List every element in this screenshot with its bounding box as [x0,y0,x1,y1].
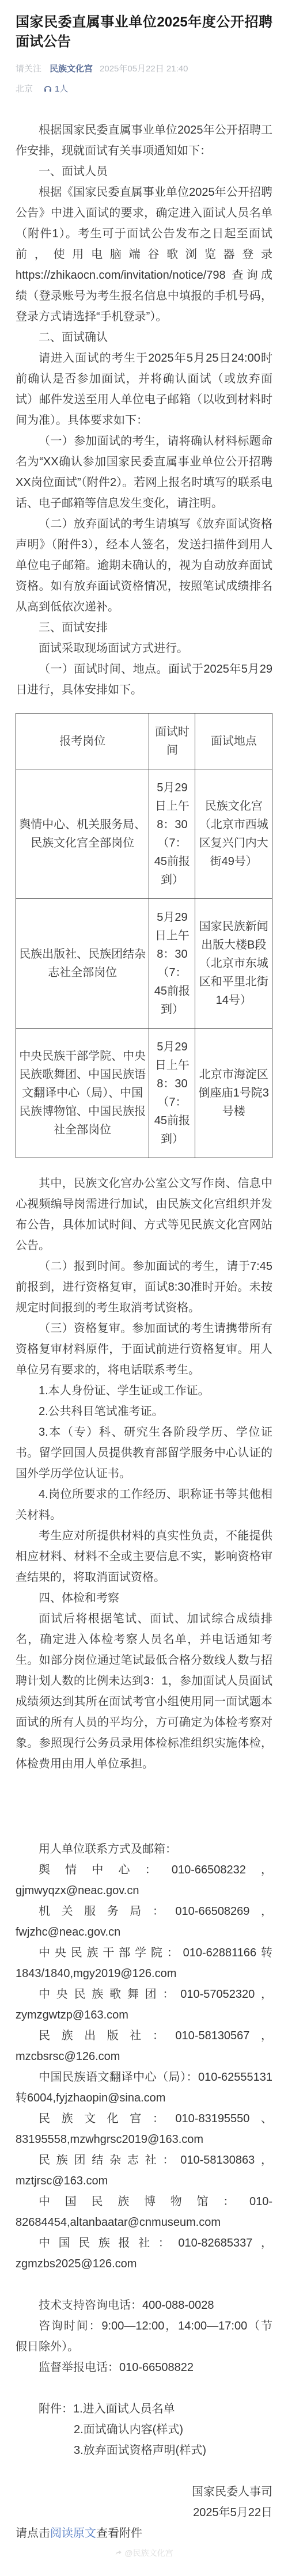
location-label: 北京 [16,82,33,94]
cell-place: 国家民族新闻出版大楼B段（北京市东城区和平里北街14号） [195,899,272,1029]
contact-item: 中国民族报社：010-82685337，zgmzbs2025@126.com [16,2233,272,2274]
meta-line-2: 北京 1人 [16,82,272,94]
cell-time: 5月29日上午8：30（7：45前报到） [149,769,195,899]
contact-item: 中央民族歌舞团：010-57052320，zymzgwtzp@163.com [16,1984,272,2025]
body-paragraph: 4.岗位所要求的工作经历、职称证书等其他相关材料。 [16,1484,272,1526]
article-meta: 请关注 民族文化宫 2025年05月22日 21:40 北京 1人 [16,62,272,94]
page-title: 国家民委直属事业单位2025年度公开招聘面试公告 [16,13,272,52]
account-link[interactable]: 民族文化宫 [50,62,93,74]
body-paragraph: 2.公共科目笔试准考证。 [16,1401,272,1422]
attachment-item: 3.放弃面试资格声明(样式) [16,2440,272,2461]
spacer [16,2274,272,2295]
body-paragraph: （二）报到时间。参加面试的考生，请于7:45前报到，进行资格复审，面试8:30准… [16,1256,272,1318]
contact-item: 中央民族干部学院：010-62881166转1843/1840,mgy2019@… [16,1943,272,1984]
meta-line-1: 请关注 民族文化宫 2025年05月22日 21:40 [16,62,272,74]
table-row: 舆情中心、机关服务局、 民族文化宫全部岗位 5月29日上午8：30（7：45前报… [16,769,272,899]
listen-count: 1人 [55,82,68,94]
signature-date: 2025年5月22日 [16,2502,272,2523]
attachment-label-line: 附件：1.进入面试人员名单 [16,2399,272,2419]
contact-item: 民族出版社：010-58130567，mzcbsrsc@126.com [16,2025,272,2067]
body-paragraph: 面试后将根据笔试、面试、加试综合成绩排名，确定进入体检考察人员名单，并电话通知考… [16,1608,272,1774]
spacer [16,1774,272,1839]
cell-position: 舆情中心、机关服务局、 民族文化宫全部岗位 [16,769,149,899]
support-hours-line: 咨询时间：9:00—12:00，14:00—17:00（节假日除外）。 [16,2316,272,2357]
attachment-item: 2.面试确认内容(样式) [16,2419,272,2440]
body-paragraph: （一）参加面试的考生，请将确认材料标题命名为“XX确认参加国家民委直属事业单位公… [16,431,272,514]
table-header-place: 面试地点 [195,714,272,769]
contacts-heading: 用人单位联系方式及邮箱： [16,1839,272,1860]
body-paragraph: 根据《国家民委直属事业单位2025年公开招聘公告》中进入面试的要求，确定进入面试… [16,182,272,327]
cell-place: 民族文化宫（北京市西城区复兴门内大街49号） [195,769,272,899]
support-phone-line: 技术支持咨询电话：400-088-0028 [16,2295,272,2316]
share-icon [115,2549,123,2557]
contact-item: 中国民族语文翻译中心（局）：010-62555131转6004,fyjzhaop… [16,2067,272,2108]
read-original-suffix: 查看附件 [96,2527,142,2540]
contact-item: 机关服务局：010-66508269，fwjzhc@neac.gov.cn [16,1901,272,1943]
cell-time: 5月29日上午8：30（7：45前报到） [149,899,195,1029]
section-heading-arrangement: 三、面试安排 [16,617,272,638]
section-heading-confirmation: 二、面试确认 [16,327,272,348]
spacer [16,2378,272,2399]
publish-time: 2025年05月22日 21:40 [100,62,188,74]
read-original-line: 请点击阅读原文查看附件 [16,2523,272,2544]
body-paragraph: （一）面试时间、地点。面试于2025年5月29日进行，具体安排如下。 [16,659,272,700]
contact-item: 中国民族博物馆：010-82684454,altanbaatar@cnmuseu… [16,2191,272,2233]
section-heading-interviewees: 一、面试人员 [16,161,272,182]
table-row: 中央民族干部学院、中央民族歌舞团、中国民族语文翻译中心（局）、中国民族博物馆、中… [16,1029,272,1158]
interview-schedule-table: 报考岗位 面试时间 面试地点 舆情中心、机关服务局、 民族文化宫全部岗位 5月2… [16,713,272,1158]
article-page: 国家民委直属事业单位2025年度公开招聘面试公告 请关注 民族文化宫 2025年… [0,0,288,2576]
spacer [16,2461,272,2482]
follow-label: 请关注 [16,62,41,74]
body-paragraph: 请进入面试的考生于2025年5月25日24:00时前确认是否参加面试，并将确认面… [16,348,272,431]
headphone-icon [43,84,55,93]
body-paragraph: 1.本人身份证、学生证或工作证。 [16,1380,272,1401]
table-header-row: 报考岗位 面试时间 面试地点 [16,714,272,769]
read-original-link[interactable]: 阅读原文 [50,2527,96,2540]
cell-position: 民族出版社、民族团结杂志社全部岗位 [16,899,149,1029]
report-phone-line: 监督举报电话：010-66508822 [16,2357,272,2378]
body-paragraph: 面试采取现场面试方式进行。 [16,638,272,659]
cell-position: 中央民族干部学院、中央民族歌舞团、中国民族语文翻译中心（局）、中国民族博物馆、中… [16,1029,149,1158]
signature-org: 国家民委人事司 [16,2482,272,2502]
contact-item: 民族文化宫：010-83195550、83195558,mzwhgrsc2019… [16,2108,272,2150]
body-paragraph: 考生应对所提供材料的真实性负责，不能提供相应材料、材料不全或主要信息不实，影响资… [16,1526,272,1588]
body-paragraph: 3.本（专）科、研究生各阶段学历、学位证书。留学回国人员提供教育部留学服务中心认… [16,1422,272,1484]
read-original-prefix: 请点击 [16,2527,50,2540]
table-header-position: 报考岗位 [16,714,149,769]
table-header-time: 面试时间 [149,714,195,769]
contact-item: 舆情中心：010-66508232，gjmwyqzx@neac.gov.cn [16,1860,272,1901]
body-paragraph: 根据国家民委直属事业单位2025年公开招聘工作安排，现就面试有关事项通知如下： [16,120,272,161]
watermark-text: @民族文化宫 [124,2547,173,2559]
body-paragraph: 其中，民族文化宫办公室公文写作岗、信息中心视频编导岗需进行加试，由民族文化宫组织… [16,1173,272,1256]
contact-item: 民族团结杂志社：010-58130863，mztjrsc@163.com [16,2150,272,2191]
cell-time: 5月29日上午8：30（7：45前报到） [149,1029,195,1158]
table-row: 民族出版社、民族团结杂志社全部岗位 5月29日上午8：30（7：45前报到） 国… [16,899,272,1029]
body-paragraph: （三）资格复审。参加面试的考生请携带所有资格复审材料原件，于面试前进行资格复审。… [16,1318,272,1380]
listen-audio-control[interactable]: 1人 [43,82,68,94]
cell-place: 北京市海淀区倒座庙1号院3号楼 [195,1029,272,1158]
body-paragraph: （二）放弃面试的考生请填写《放弃面试资格声明》（附件3），经本人签名，发送扫描件… [16,514,272,617]
source-watermark: @民族文化宫 [16,2547,272,2559]
section-heading-physical-exam: 四、体检和考察 [16,1588,272,1608]
